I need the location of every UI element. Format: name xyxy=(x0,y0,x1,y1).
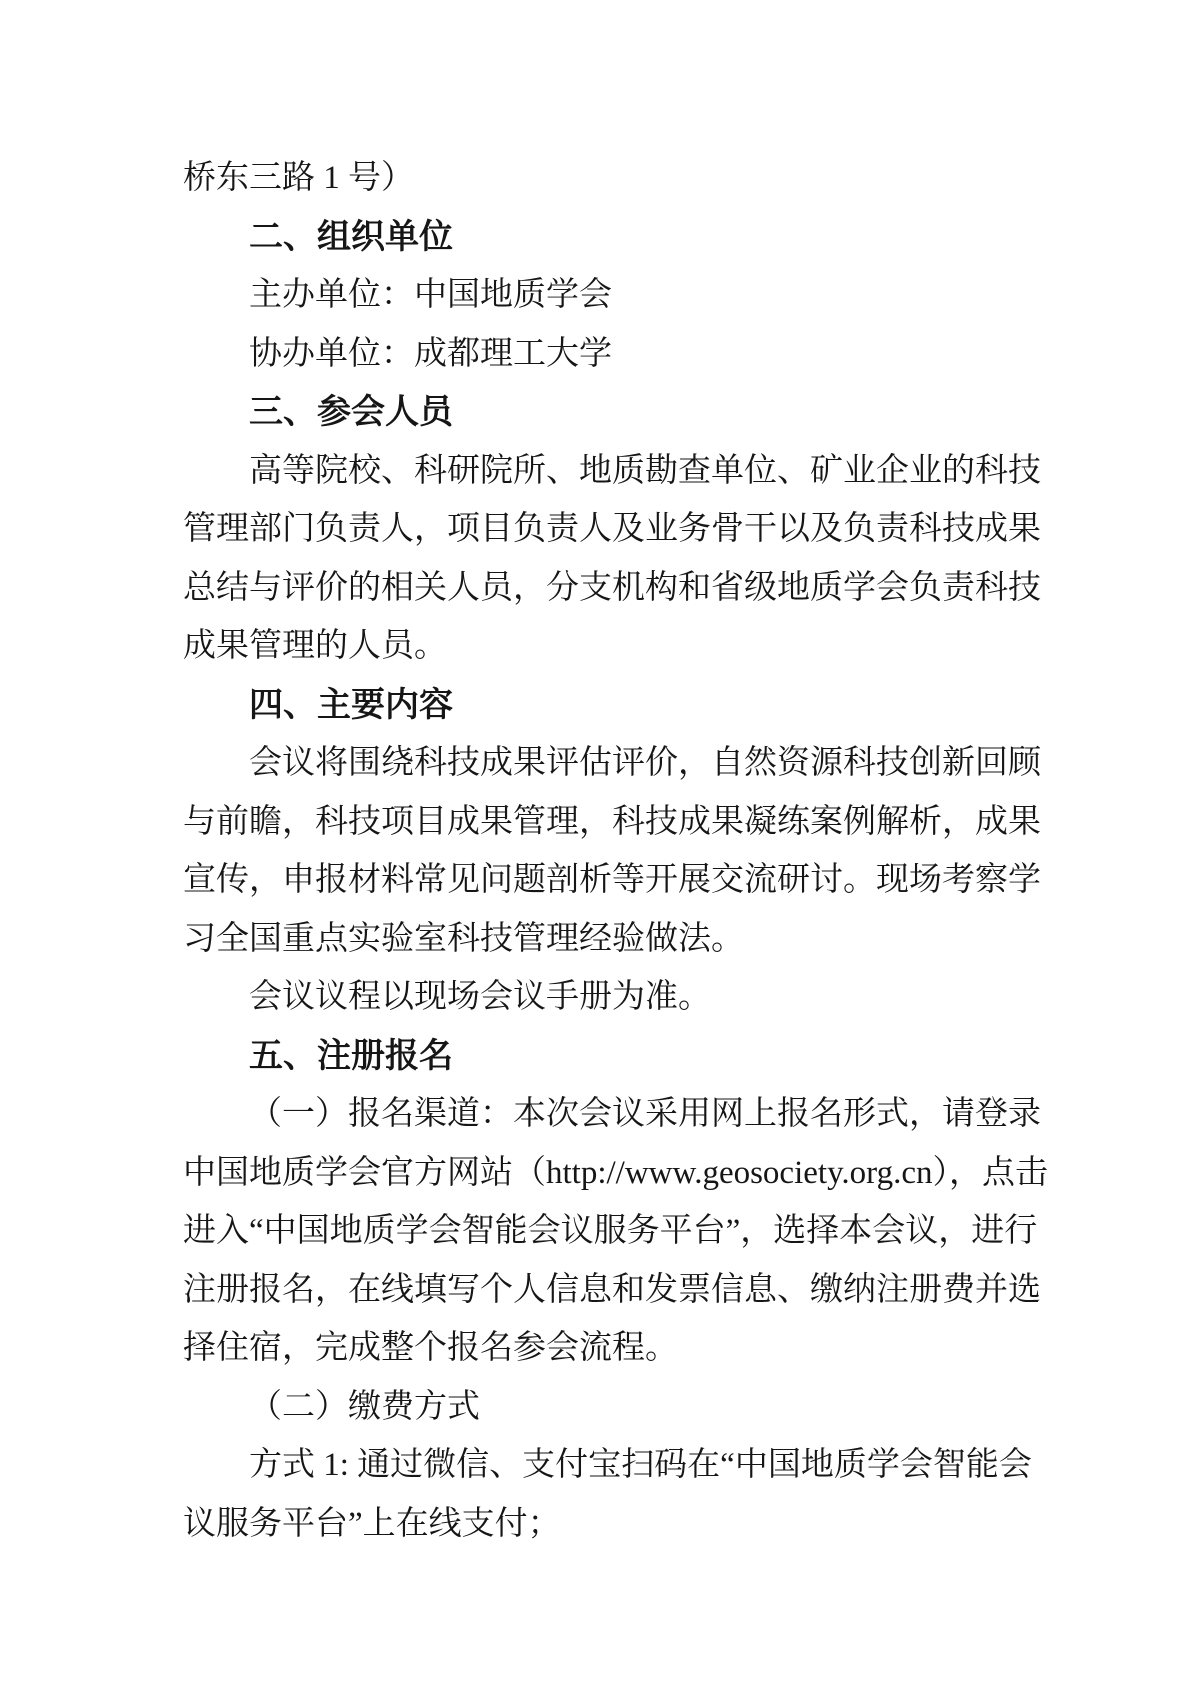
body-line-registration-channel-5: 择住宿，完成整个报名参会流程。 xyxy=(183,1319,1023,1378)
body-line-registration-channel-3: 进入“中国地质学会智能会议服务平台”，选择本会议，进行 xyxy=(183,1202,1023,1261)
body-line-registration-channel-4: 注册报名，在线填写个人信息和发票信息、缴纳注册费并选 xyxy=(183,1261,1023,1320)
body-line-registration-channel-1: （一）报名渠道：本次会议采用网上报名形式，请登录 xyxy=(183,1085,1023,1144)
body-line-main-content-4: 习全国重点实验室科技管理经验做法。 xyxy=(183,910,1023,969)
body-line-payment-method-1b: 议服务平台”上在线支付； xyxy=(183,1495,1023,1554)
body-line-main-content-2: 与前瞻，科技项目成果管理，科技成果凝练案例解析，成果 xyxy=(183,793,1023,852)
body-line-payment-method-1a: 方式 1: 通过微信、支付宝扫码在“中国地质学会智能会 xyxy=(183,1436,1023,1495)
body-line-address-continuation: 桥东三路 1 号） xyxy=(183,149,1023,208)
heading-section-3-participants: 三、参会人员 xyxy=(183,383,1023,442)
body-line-agenda-note: 会议议程以现场会议手册为准。 xyxy=(183,968,1023,1027)
heading-section-2-organizers: 二、组织单位 xyxy=(183,208,1023,267)
body-line-participants-1: 高等院校、科研院所、地质勘查单位、矿业企业的科技 xyxy=(183,442,1023,501)
body-line-registration-channel-2-url: 中国地质学会官方网站（http://www.geosociety.org.cn）… xyxy=(183,1144,1023,1203)
body-line-host-unit: 主办单位：中国地质学会 xyxy=(183,266,1023,325)
body-line-participants-2: 管理部门负责人，项目负责人及业务骨干以及负责科技成果 xyxy=(183,500,1023,559)
body-line-participants-3: 总结与评价的相关人员，分支机构和省级地质学会负责科技 xyxy=(183,559,1023,618)
body-line-participants-4: 成果管理的人员。 xyxy=(183,617,1023,676)
body-line-payment-method-heading: （二）缴费方式 xyxy=(183,1378,1023,1437)
body-line-main-content-3: 宣传，申报材料常见问题剖析等开展交流研讨。现场考察学 xyxy=(183,851,1023,910)
heading-section-4-main-content: 四、主要内容 xyxy=(183,676,1023,735)
body-line-main-content-1: 会议将围绕科技成果评估评价，自然资源科技创新回顾 xyxy=(183,734,1023,793)
document-page: 桥东三路 1 号） 二、组织单位 主办单位：中国地质学会 协办单位：成都理工大学… xyxy=(0,0,1200,1697)
body-line-co-organizer-unit: 协办单位：成都理工大学 xyxy=(183,325,1023,384)
heading-section-5-registration: 五、注册报名 xyxy=(183,1027,1023,1086)
